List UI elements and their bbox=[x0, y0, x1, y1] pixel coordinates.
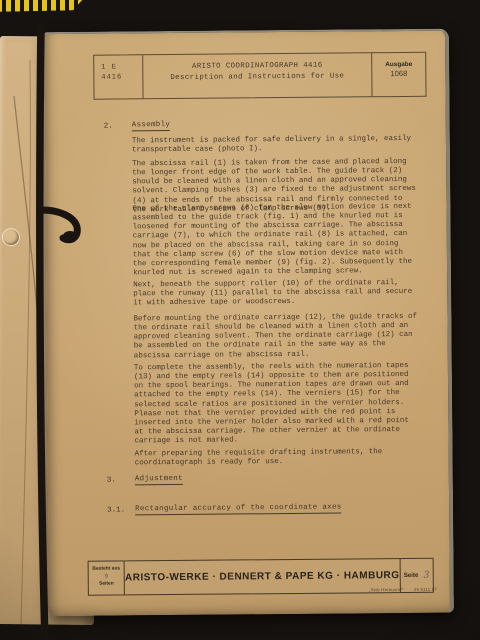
doc-code-line1: 1 E bbox=[101, 62, 142, 72]
header-doc-code: 1 E 4416 bbox=[94, 55, 143, 98]
pages-label-bottom: Seiten bbox=[89, 580, 124, 588]
paragraph: To complete the assembly, the reels with… bbox=[134, 362, 421, 447]
doc-subtitle: Description and Instructions for Use bbox=[143, 71, 371, 84]
paragraph: One of the clamp screws (6) for the slow… bbox=[132, 203, 419, 279]
pages-label-top: Besteht aus bbox=[89, 565, 124, 573]
section-number: 3. bbox=[107, 477, 116, 485]
section-title: Assembly bbox=[132, 121, 170, 131]
section-number: 2. bbox=[104, 123, 113, 131]
ruler-strip bbox=[0, 0, 85, 12]
footer-page-count: Besteht aus 9 Seiten bbox=[89, 561, 126, 594]
doc-code-line2: 4416 bbox=[101, 72, 142, 82]
photo-of-manual-page: 1 E 4416 ARISTO COORDINATOGRAPH 4416 Des… bbox=[0, 0, 480, 640]
paragraph: Before mounting the ordinate carriage (1… bbox=[133, 313, 419, 361]
section-title: Adjustment bbox=[135, 475, 183, 485]
paragraph: The instrument is packed for safe delive… bbox=[132, 135, 418, 156]
header-issue: Ausgabe 1068 bbox=[372, 53, 425, 96]
issue-label: Ausgabe bbox=[372, 61, 425, 68]
page-value: 3 bbox=[423, 570, 429, 581]
paragraph: After preparing the requisite drafting i… bbox=[135, 448, 421, 469]
manual-page: 1 E 4416 ARISTO COORDINATOGRAPH 4416 Des… bbox=[44, 29, 454, 617]
issue-value: 1068 bbox=[372, 69, 425, 78]
header-title: ARISTO COORDINATOGRAPH 4416 Description … bbox=[143, 53, 372, 98]
punch-hole bbox=[2, 228, 20, 246]
print-note-left: „Seib Herausruf“ bbox=[369, 587, 404, 592]
section-title: Rectangular accuracy of the coordinate a… bbox=[135, 504, 342, 516]
print-note-right: 26 8111 87 bbox=[414, 587, 437, 592]
page-label: Seite bbox=[404, 572, 419, 579]
paragraph: Next, beneath the support roller (10) of… bbox=[133, 279, 419, 309]
header-table: 1 E 4416 ARISTO COORDINATOGRAPH 4416 Des… bbox=[93, 52, 426, 100]
corner-mark: 23 PN 32 bbox=[36, 612, 65, 619]
section-number: 3.1. bbox=[107, 506, 125, 514]
